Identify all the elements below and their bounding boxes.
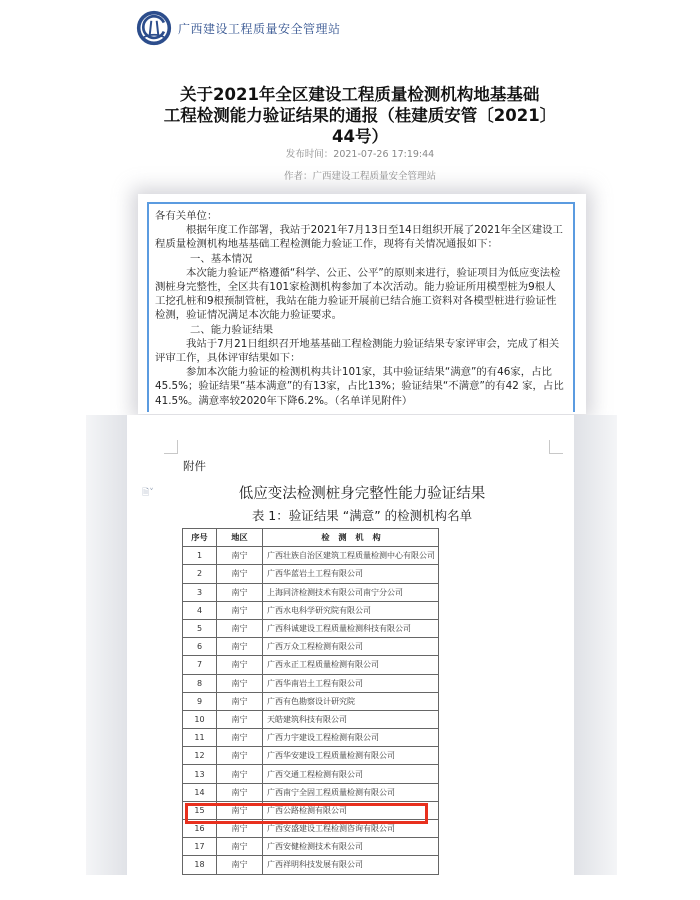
row-org: 广西壮族自治区建筑工程质量检测中心有限公司 [263,547,439,565]
table-row: 7南宁广西永正工程质量检测有限公司 [183,656,439,674]
row-region: 南宁 [217,856,263,874]
gxjz-logo-icon [136,10,172,46]
table-row: 9南宁广西有色勘察设计研究院 [183,692,439,710]
table-row: 17南宁广西安健检测技术有限公司 [183,838,439,856]
table-row: 18南宁广西祥明科技发展有限公司 [183,856,439,874]
notice-body: 各有关单位： 根据年度工作部署，我站于2021年7月13日至14日组织开展了20… [147,202,575,412]
row-region: 南宁 [217,765,263,783]
row-no: 18 [183,856,217,874]
title-line-1: 关于2021年全区建设工程质量检测机构地基基础 [140,84,580,105]
table-row: 11南宁广西力宇建设工程检测有限公司 [183,729,439,747]
row-no: 17 [183,838,217,856]
row-no: 4 [183,601,217,619]
notice-paragraph: 根据年度工作部署，我站于2021年7月13日至14日组织开展了2021年全区建设… [155,223,565,251]
row-org: 天皓建筑科技有限公司 [263,710,439,728]
table-row: 10南宁天皓建筑科技有限公司 [183,710,439,728]
article-title: 关于2021年全区建设工程质量检测机构地基基础 工程检测能力验证结果的通报（桂建… [140,84,580,147]
row-org: 广西南宁全固工程质量检测有限公司 [263,783,439,801]
row-org: 广西科诚建设工程质量检测科技有限公司 [263,619,439,637]
table-row: 6南宁广西万众工程检测有限公司 [183,638,439,656]
row-region: 南宁 [217,729,263,747]
row-region: 南宁 [217,783,263,801]
margin-corner-mark [164,440,178,454]
row-region: 南宁 [217,710,263,728]
row-region: 南宁 [217,820,263,838]
margin-corner-mark [549,440,563,454]
table-row: 4南宁广西水电科学研究院有限公司 [183,601,439,619]
title-line-3: 44号） [140,126,580,147]
row-org: 广西力宇建设工程检测有限公司 [263,729,439,747]
notice-paragraph: 我站于7月21日组织召开地基基础工程检测能力验证结果专家评审会，完成了相关评审工… [155,337,565,365]
row-no: 16 [183,820,217,838]
row-org: 广西安健检测技术有限公司 [263,838,439,856]
row-no: 2 [183,565,217,583]
table-header-row: 序号 地区 检 测 机 构 [183,529,439,547]
page-bottom [0,875,700,900]
row-no: 13 [183,765,217,783]
row-region: 南宁 [217,547,263,565]
row-no: 15 [183,801,217,819]
header-no: 序号 [183,529,217,547]
table-row: 3南宁上海同济检测技术有限公司南宁分公司 [183,583,439,601]
row-org: 广西永正工程质量检测有限公司 [263,656,439,674]
table-row: 14南宁广西南宁全固工程质量检测有限公司 [183,783,439,801]
table-row: 13南宁广西交通工程检测有限公司 [183,765,439,783]
table-row: 8南宁广西华南岩土工程有限公司 [183,674,439,692]
row-org: 广西万众工程检测有限公司 [263,638,439,656]
section-heading: 一、基本情况 [155,252,565,266]
attachment-label: 附件 [183,458,206,474]
row-org: 上海同济检测技术有限公司南宁分公司 [263,583,439,601]
site-name: 广西建设工程质量安全管理站 [178,20,341,37]
row-no: 3 [183,583,217,601]
row-region: 南宁 [217,583,263,601]
notice-paragraph: 参加本次能力验证的检测机构共计101家，其中验证结果“满意”的有46家，占比45… [155,365,565,408]
table-row: 1南宁广西壮族自治区建筑工程质量检测中心有限公司 [183,547,439,565]
row-no: 1 [183,547,217,565]
row-region: 南宁 [217,565,263,583]
row-region: 南宁 [217,674,263,692]
row-org: 广西水电科学研究院有限公司 [263,601,439,619]
row-region: 南宁 [217,747,263,765]
row-org: 广西交通工程检测有限公司 [263,765,439,783]
section-heading: 二、能力验证结果 [155,323,565,337]
row-org: 广西华南岩土工程有限公司 [263,674,439,692]
row-no: 10 [183,710,217,728]
row-no: 8 [183,674,217,692]
row-org: 广西祥明科技发展有限公司 [263,856,439,874]
title-line-2: 工程检测能力验证结果的通报（桂建质安管〔2021〕 [140,105,580,126]
row-org: 广西华蓝岩土工程有限公司 [263,565,439,583]
publish-time: 发布时间：2021-07-26 17:19:44 [140,146,580,160]
table-caption: 表 1：验证结果 “满意” 的检测机构名单 [182,506,542,524]
result-table: 序号 地区 检 测 机 构 1南宁广西壮族自治区建筑工程质量检测中心有限公司2南… [182,528,439,875]
viewer-shade-left [86,415,130,875]
row-org: 广西华安建设工程质量检测有限公司 [263,747,439,765]
table-row: 2南宁广西华蓝岩土工程有限公司 [183,565,439,583]
table-row: 5南宁广西科诚建设工程质量检测科技有限公司 [183,619,439,637]
row-region: 南宁 [217,619,263,637]
row-no: 12 [183,747,217,765]
row-org: 广西公路检测有限公司 [263,801,439,819]
header-region: 地区 [217,529,263,547]
table-row: 12南宁广西华安建设工程质量检测有限公司 [183,747,439,765]
row-no: 14 [183,783,217,801]
row-no: 6 [183,638,217,656]
row-region: 南宁 [217,801,263,819]
row-region: 南宁 [217,601,263,619]
row-no: 7 [183,656,217,674]
salutation: 各有关单位： [155,209,565,223]
row-no: 9 [183,692,217,710]
row-region: 南宁 [217,692,263,710]
header-org: 检 测 机 构 [263,529,439,547]
table-row: 15南宁广西公路检测有限公司 [183,801,439,819]
row-org: 广西安盛建设工程检测咨询有限公司 [263,820,439,838]
author: 作者：广西建设工程质量安全管理站 [140,168,580,182]
row-no: 5 [183,619,217,637]
row-region: 南宁 [217,638,263,656]
row-region: 南宁 [217,656,263,674]
row-region: 南宁 [217,838,263,856]
site-header[interactable]: 广西建设工程质量安全管理站 [136,8,341,48]
row-no: 11 [183,729,217,747]
table-row: 16南宁广西安盛建设工程检测咨询有限公司 [183,820,439,838]
page-edit-icon[interactable]: 🗎˅ [142,485,154,495]
notice-paragraph: 本次能力验证严格遵循“科学、公正、公平”的原则来进行，验证项目为低应变法检测桩身… [155,266,565,323]
viewer-shade-right [573,415,617,875]
row-org: 广西有色勘察设计研究院 [263,692,439,710]
attachment-title: 低应变法检测桩身完整性能力验证结果 [182,482,542,503]
